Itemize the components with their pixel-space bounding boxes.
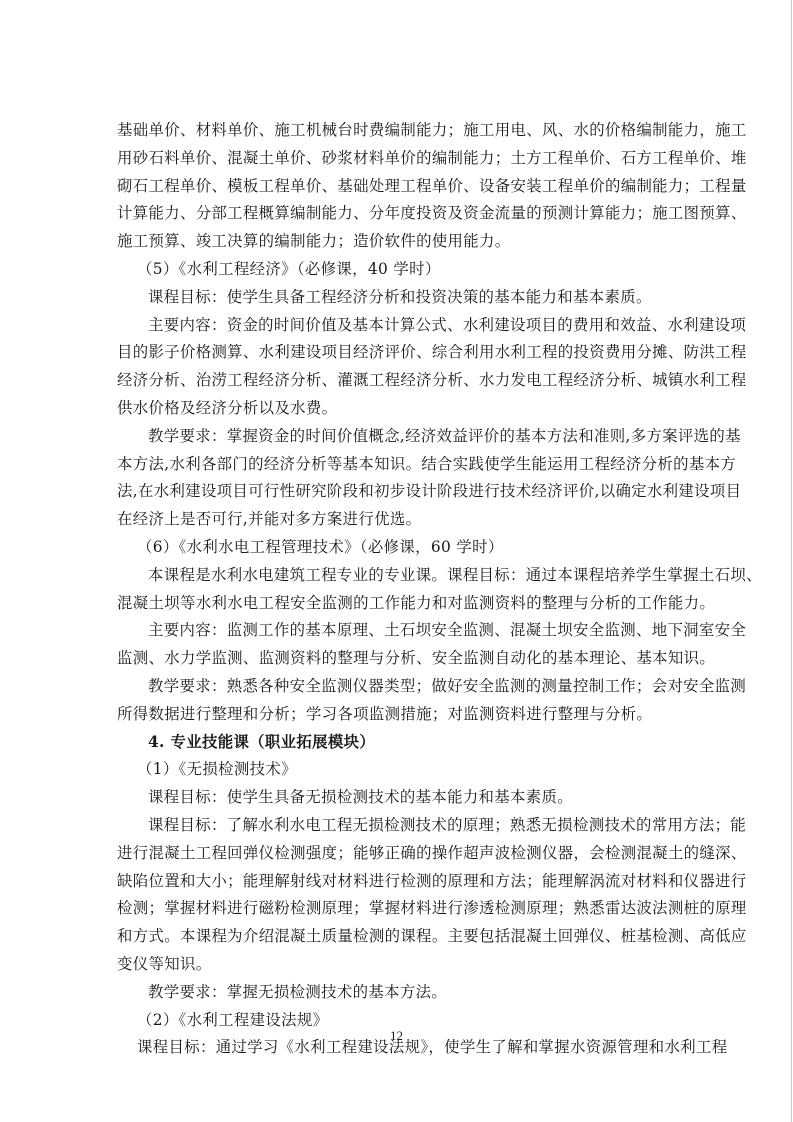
text-line: 供水价格及经济分析以及水费。 — [117, 395, 682, 423]
paragraph-start: 课程目标：了解水利水电工程无损检测技术的原理；熟悉无损检测技术的常用方法；能 — [117, 812, 682, 840]
text-line: 目的影子价格测算、水利建设项目经济评价、综合利用水利工程的投资费用分摊、防洪工程 — [117, 339, 682, 367]
paragraph-start: 教学要求：熟悉各种安全监测仪器类型；做好安全监测的测量控制工作；会对安全监测 — [117, 673, 682, 701]
text-line: 混凝土坝等水利水电工程安全监测的工作能力和对监测资料的整理与分析的工作能力。 — [117, 590, 682, 618]
paragraph-start: 主要内容：资金的时间价值及基本计算公式、水利建设项目的费用和效益、水利建设项 — [117, 312, 682, 340]
text-line: 施工预算、竣工决算的编制能力；造价软件的使用能力。 — [117, 228, 682, 256]
text-line: 本方法,水利各部门的经济分析等基本知识。结合实践使学生能运用工程经济分析的基本方 — [117, 451, 682, 479]
paragraph-start: 本课程是水利水电建筑工程专业的专业课。课程目标：通过本课程培养学生掌握土石坝、 — [117, 562, 682, 590]
paragraph-start: 课程目标：使学生具备无损检测技术的基本能力和基本素质。 — [117, 784, 682, 812]
text-line: 用砂石料单价、混凝土单价、砂浆材料单价的编制能力；土方工程单价、石方工程单价、堆 — [117, 145, 682, 173]
document-body: 基础单价、材料单价、施工机械台时费编制能力；施工用电、风、水的价格编制能力，施工… — [117, 117, 682, 1062]
text-line: 检测；掌握材料进行磁粉检测原理；掌握材料进行渗透检测原理；熟悉雷达波法测桩的原理 — [117, 895, 682, 923]
paragraph-start: 教学要求：掌握无损检测技术的基本方法。 — [117, 979, 682, 1007]
text-line: 变仪等知识。 — [117, 951, 682, 979]
text-line: 所得数据进行整理和分析；学习各项监测措施；对监测资料进行整理与分析。 — [117, 701, 682, 729]
text-line: 法,在水利建设项目可行性研究阶段和初步设计阶段进行技术经济评价,以确定水利建设项… — [117, 478, 682, 506]
text-line: 在经济上是否可行,并能对多方案进行优选。 — [117, 506, 682, 534]
text-line: 砌石工程单价、模板工程单价、基础处理工程单价、设备安装工程单价的编制能力；工程量 — [117, 173, 682, 201]
paragraph-start: 主要内容：监测工作的基本原理、土石坝安全监测、混凝土坝安全监测、地下洞室安全 — [117, 617, 682, 645]
course-heading-1: （1）《无损检测技术》 — [117, 756, 682, 784]
text-line: 和方式。本课程为介绍混凝土质量检测的课程。主要包括混凝土回弹仪、桩基检测、高低应 — [117, 923, 682, 951]
text-line: 监测、水力学监测、监测资料的整理与分析、安全监测自动化的基本理论、基本知识。 — [117, 645, 682, 673]
course-heading-5: （5）《水利工程经济》（必修课，40 学时） — [117, 256, 682, 284]
page-number: 12 — [0, 1028, 793, 1044]
text-line: 进行混凝土工程回弹仪检测强度；能够正确的操作超声波检测仪器，会检测混凝土的缝深、 — [117, 840, 682, 868]
text-line: 经济分析、治涝工程经济分析、灌溉工程经济分析、水力发电工程经济分析、城镇水利工程 — [117, 367, 682, 395]
page-edge — [791, 0, 792, 1122]
text-line: 基础单价、材料单价、施工机械台时费编制能力；施工用电、风、水的价格编制能力，施工 — [117, 117, 682, 145]
paragraph-start: 课程目标：使学生具备工程经济分析和投资决策的基本能力和基本素质。 — [117, 284, 682, 312]
text-line: 缺陷位置和大小；能理解射线对材料进行检测的原理和方法；能理解涡流对材料和仪器进行 — [117, 868, 682, 896]
text-line: 计算能力、分部工程概算编制能力、分年度投资及资金流量的预测计算能力；施工图预算、 — [117, 200, 682, 228]
course-heading-6: （6）《水利水电工程管理技术》（必修课，60 学时） — [117, 534, 682, 562]
section-heading-4: 4. 专业技能课（职业拓展模块） — [117, 729, 682, 757]
paragraph-start: 教学要求：掌握资金的时间价值概念,经济效益评价的基本方法和准则,多方案评选的基 — [117, 423, 682, 451]
